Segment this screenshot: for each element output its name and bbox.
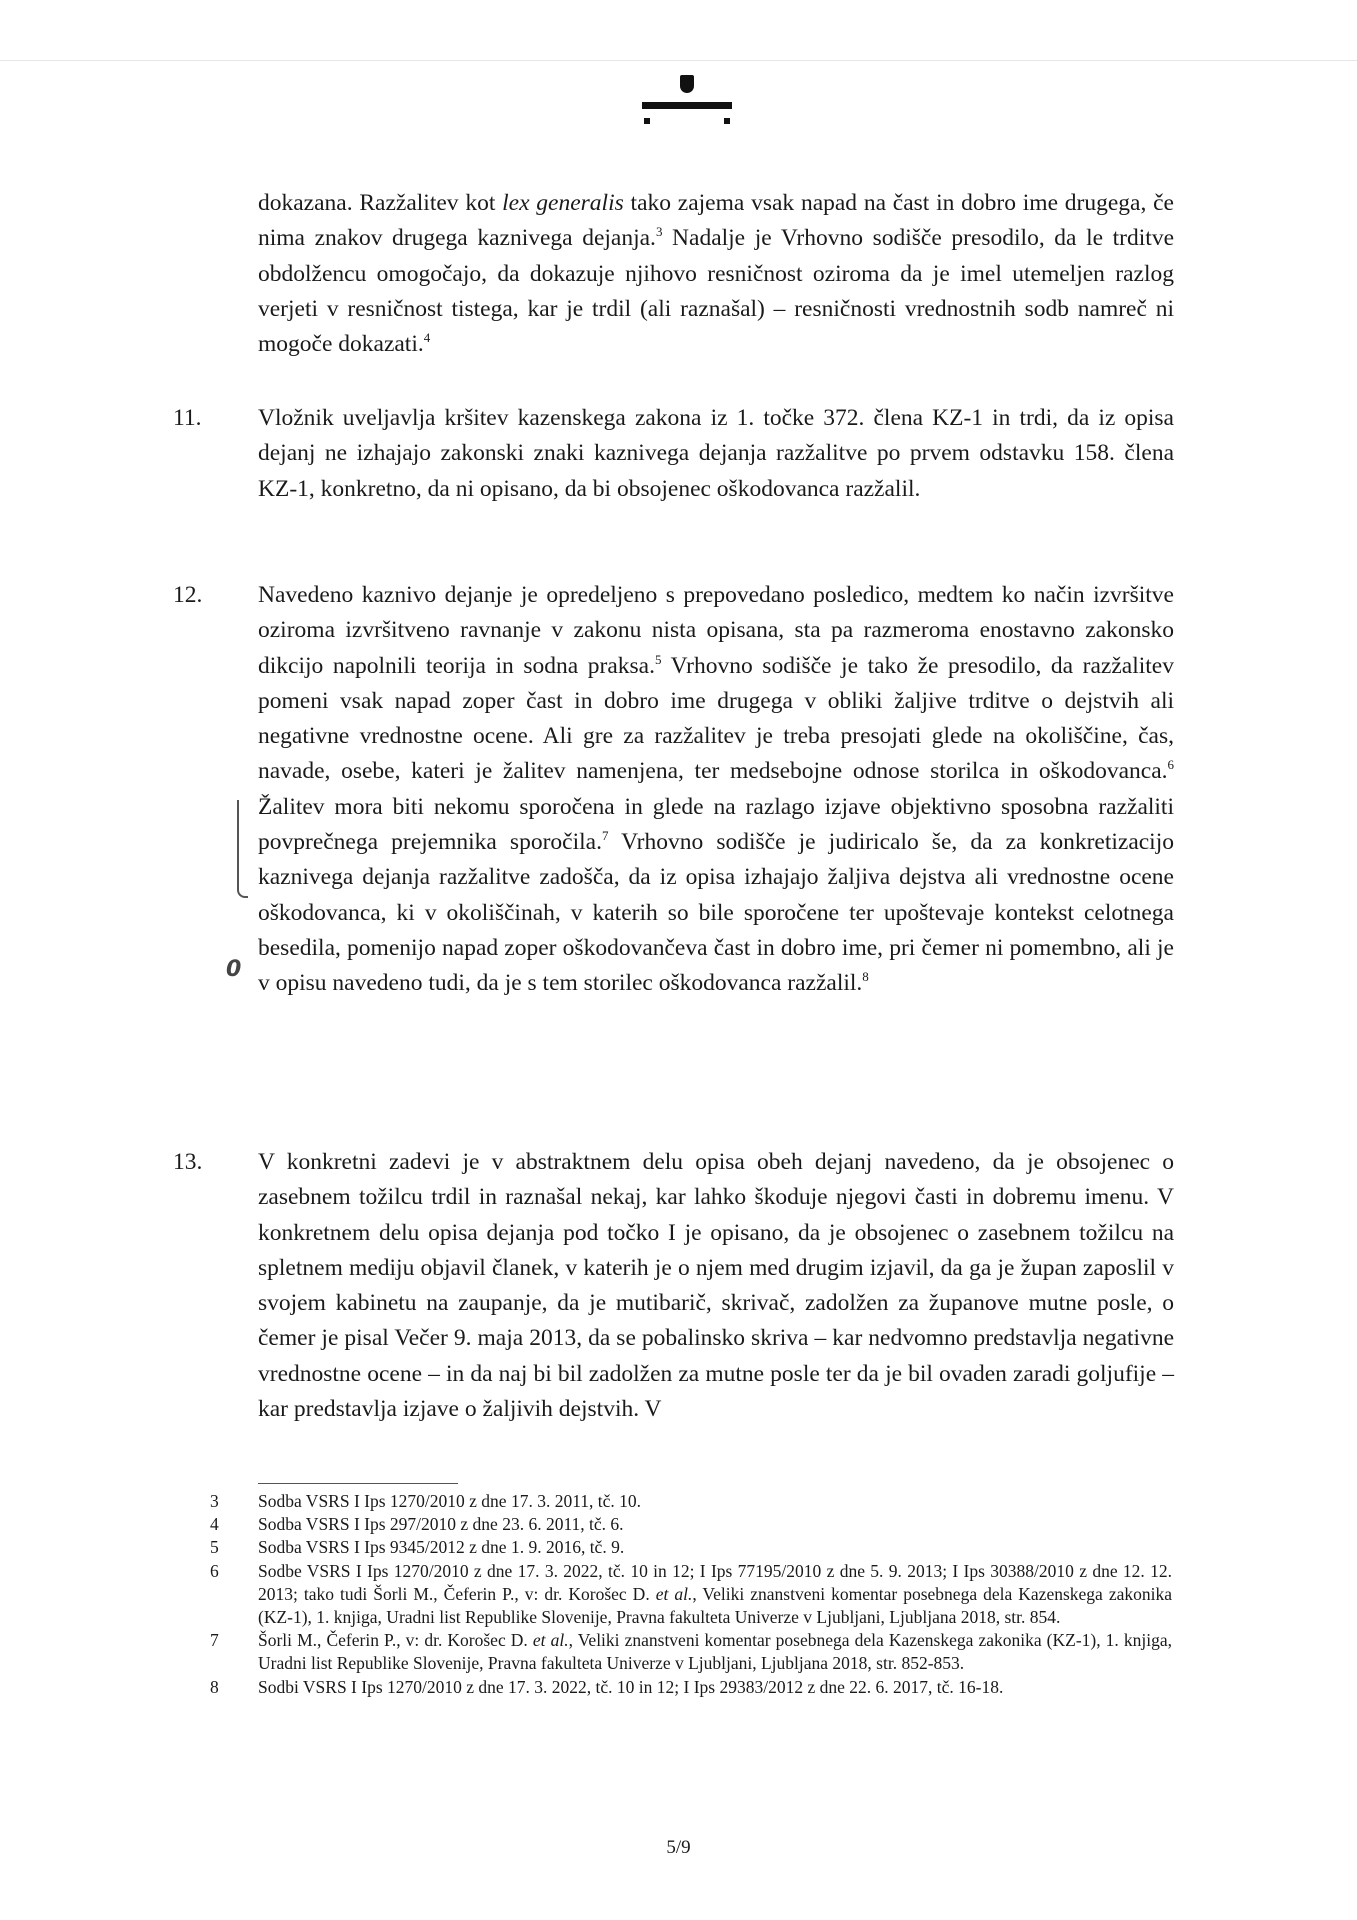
footnote-4: 4Sodba VSRS I Ips 297/2010 z dne 23. 6. … [210,1513,1172,1536]
handwritten-bracket-icon [237,800,248,898]
footnote-text: Sodba VSRS I Ips 297/2010 z dne 23. 6. 2… [258,1514,624,1534]
emblem-foot-right [724,118,730,124]
footnote-number: 8 [210,1676,219,1699]
paragraph-text: V konkretni zadevi je v abstraktnem delu… [258,1149,1174,1422]
footnote-6: 6Sodbe VSRS I Ips 1270/2010 z dne 17. 3.… [210,1560,1172,1630]
footnote-ref[interactable]: 4 [424,330,431,345]
paragraph-12: 12. Navedeno kaznivo dejanje je opredelj… [258,578,1174,1002]
paragraph-13: 13. V konkretni zadevi je v abstraktnem … [258,1145,1174,1427]
shield-icon [680,75,694,93]
emblem-foot-left [644,118,650,124]
footnote-number: 4 [210,1513,219,1536]
footnote-text: Sodbi VSRS I Ips 1270/2010 z dne 17. 3. … [258,1677,1003,1697]
scan-edge-line [0,60,1357,61]
footnote-number: 3 [210,1490,219,1513]
footnote-5: 5Sodba VSRS I Ips 9345/2012 z dne 1. 9. … [210,1536,1172,1559]
footnote-ref[interactable]: 6 [1168,758,1175,773]
paragraph-11: 11. Vložnik uveljavlja kršitev kazenskeg… [258,401,1174,507]
footnote-8: 8Sodbi VSRS I Ips 1270/2010 z dne 17. 3.… [210,1676,1172,1699]
footnote-number: 6 [210,1560,219,1583]
footnote-text: Sodba VSRS I Ips 9345/2012 z dne 1. 9. 2… [258,1537,624,1557]
text: dokazana. Razžalitev kot [258,190,502,216]
footnotes: 3Sodba VSRS I Ips 1270/2010 z dne 17. 3.… [210,1490,1172,1699]
paragraph-number: 12. [173,578,202,613]
paragraph-text: Vložnik uveljavlja kršitev kazenskega za… [258,405,1174,502]
continued-paragraph: dokazana. Razžalitev kot lex generalis t… [258,186,1174,362]
footnote-3: 3Sodba VSRS I Ips 1270/2010 z dne 17. 3.… [210,1490,1172,1513]
page-number: 5/9 [0,1837,1357,1859]
paragraph-number: 11. [173,401,202,436]
footnote-number: 5 [210,1536,219,1559]
footnote-ref[interactable]: 8 [862,969,869,984]
italic-term: lex generalis [502,190,624,216]
footnote-number: 7 [210,1629,219,1652]
handwritten-mark: 0 [226,957,241,982]
court-emblem-icon [642,75,732,135]
italic-term: et al. [533,1630,569,1650]
italic-term: et al. [656,1584,693,1604]
footnote-7: 7Šorli M., Čeferin P., v: dr. Korošec D.… [210,1629,1172,1675]
footnote-separator [258,1483,458,1484]
emblem-bar [642,102,732,109]
footnote-text: Sodba VSRS I Ips 1270/2010 z dne 17. 3. … [258,1491,641,1511]
footnote-text: Šorli M., Čeferin P., v: dr. Korošec D. [258,1630,533,1650]
paragraph-number: 13. [173,1145,202,1180]
